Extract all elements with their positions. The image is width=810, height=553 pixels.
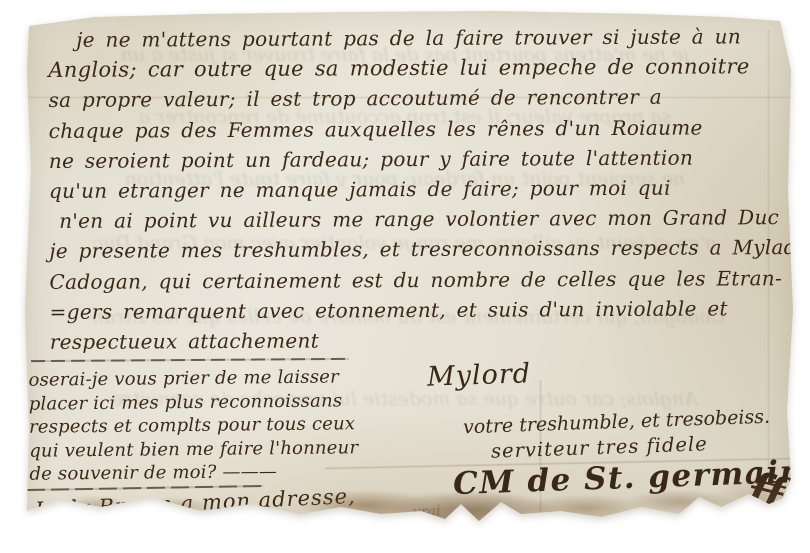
postscript-line: respects et complts pour tous ceux	[29, 412, 358, 439]
letter-line: chaque pas des Femmes auxquelles les rên…	[49, 112, 789, 146]
letter-paper: je ne m'attens pourtant pas de la faire …	[25, 10, 795, 522]
letter-body-text: je ne m'attens pourtant pas de la faire …	[48, 21, 790, 357]
letter-line: =gers remarquent avec etonnement, et sui…	[50, 293, 790, 327]
letter-line: Anglois; car outre que sa modestie lui e…	[48, 51, 788, 85]
letter-line: je presente mes treshumbles, et tresreco…	[49, 232, 789, 266]
salutation: Mylord	[426, 358, 531, 393]
letter-photograph: je ne m'attens pourtant pas de la faire …	[0, 0, 810, 553]
letter-line: je ne m'attens pourtant pas de la faire …	[48, 21, 788, 55]
postscript-line: qui veulent bien me faire l'honneur	[29, 436, 358, 463]
postscript-block: oserai-je vous prier de me laisser place…	[28, 365, 358, 486]
letter-line: ne seroient point un fardeau; pour y fai…	[49, 142, 789, 176]
postscript-line: oserai-je vous prier de me laisser	[28, 365, 357, 392]
letter-line: qu'un etranger ne manque jamais de faire…	[49, 172, 789, 206]
letter-line: sa propre valeur; il est trop accoutumé …	[48, 81, 788, 115]
paper-shadow-wrap: je ne m'attens pourtant pas de la faire …	[0, 0, 810, 553]
letter-line: n'en ai point vu ailleurs me range volon…	[49, 202, 789, 236]
letter-line: Cadogan, qui certainement est du nombre …	[49, 263, 789, 297]
letter-line: respectueux attachement	[50, 323, 790, 357]
torn-text-fragment: vrai	[413, 503, 441, 520]
postscript-line: de souvenir de moi? ———	[29, 459, 358, 486]
postscript-line: placer ici mes plus reconnoissans	[29, 389, 358, 416]
